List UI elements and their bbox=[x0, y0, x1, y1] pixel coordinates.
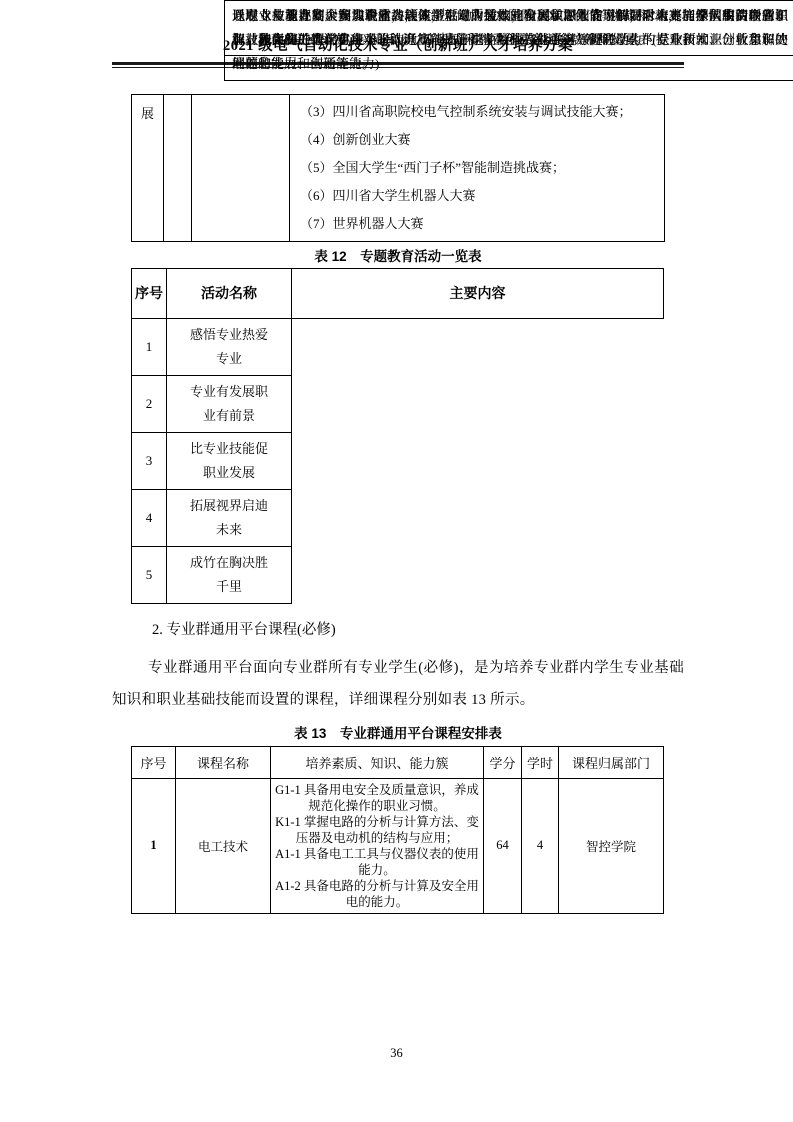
competition-item: （3）四川省高职院校电气控制系统安装与调试技能大赛； bbox=[300, 98, 658, 126]
t13-row-abilities: G1-1 具备用电安全及质量意识，养成规范化操作的职业习惯。 K1-1 掌握电路… bbox=[271, 778, 484, 913]
t12-row-name: 比专业技能促职业发展 bbox=[167, 432, 292, 489]
t12-row-no: 3 bbox=[132, 432, 167, 489]
t12-row-no: 2 bbox=[132, 375, 167, 432]
t13-row-no: 1 bbox=[132, 778, 176, 913]
competition-item: （7）世界机器人大赛 bbox=[300, 210, 658, 238]
activity-name: 专业有发展职业有前景 bbox=[189, 380, 269, 428]
section-heading: 2. 专业群通用平台课程(必修) bbox=[152, 618, 684, 639]
table-header-row: 序号 课程名称 培养素质、知识、能力簇 学分 学时 课程归属部门 bbox=[132, 746, 664, 778]
table13-caption: 表 13 专业群通用平台课程安排表 bbox=[112, 722, 684, 742]
continuation-content-cell: （3）四川省高职院校电气控制系统安装与调试技能大赛； （4）创新创业大赛 （5）… bbox=[290, 94, 665, 241]
t13-row-department: 智控学院 bbox=[559, 778, 664, 913]
t12-row-name: 成竹在胸决胜千里 bbox=[167, 546, 292, 603]
continuation-col1: 展 bbox=[132, 94, 164, 241]
t13-row-hours: 4 bbox=[522, 778, 559, 913]
competition-item: （4）创新创业大赛 bbox=[300, 126, 658, 154]
t13-header-department: 课程归属部门 bbox=[559, 746, 664, 778]
t12-header-no: 序号 bbox=[132, 268, 167, 318]
t13-row-credits: 64 bbox=[484, 778, 522, 913]
table-row: 3 比专业技能促职业发展 以职业技能比赛、参加职业技能证书取证为载体，全国或四川… bbox=[132, 432, 664, 489]
table-12: 序号 活动名称 主要内容 1 感悟专业热爱专业 开展专业教育和企业参观活动，使新… bbox=[131, 268, 664, 604]
t13-header-credits: 学分 bbox=[484, 746, 522, 778]
t13-header-hours: 学时 bbox=[522, 746, 559, 778]
continuation-col3 bbox=[192, 94, 290, 241]
ability-item: K1-1 掌握电路的分析与计算方法、变压器及电动机的结构与应用； bbox=[273, 814, 481, 846]
continuation-col2 bbox=[164, 94, 192, 241]
ability-item: G1-1 具备用电安全及质量意识，养成规范化操作的职业习惯。 bbox=[273, 782, 481, 814]
t12-row-name: 感悟专业热爱专业 bbox=[167, 318, 292, 375]
continuation-table: 展 （3）四川省高职院校电气控制系统安装与调试技能大赛； （4）创新创业大赛 （… bbox=[131, 94, 665, 242]
competition-item: （5）全国大学生“西门子杯”智能制造挑战赛； bbox=[300, 154, 658, 182]
table-row: 4 拓展视界启迪未来 通过 XX 承办的全国或全省各项大型活动、XX 国际 XX… bbox=[132, 489, 664, 546]
page-number: 36 bbox=[0, 1046, 793, 1061]
t12-row-content: 以职业生涯规划大赛为载体，培养学生的沟通技能和科学思维能力的同时培养同学们的责任… bbox=[224, 0, 793, 56]
table-row: 2 专业有发展职业有前景 以专业与职业发展知识讲座为载体，对专业技术的发展和职业… bbox=[132, 375, 664, 432]
table-row: 展 （3）四川省高职院校电气控制系统安装与调试技能大赛； （4）创新创业大赛 （… bbox=[132, 94, 665, 241]
t12-row-no: 1 bbox=[132, 318, 167, 375]
table-header-row: 序号 活动名称 主要内容 bbox=[132, 268, 664, 318]
activity-name: 比专业技能促职业发展 bbox=[189, 437, 269, 485]
t12-row-no: 4 bbox=[132, 489, 167, 546]
page-content: 2021 级电气自动化技术专业（创新班）人才培养方案 展 （3）四川省高职院校电… bbox=[112, 0, 684, 914]
body-paragraph: 专业群通用平台面向专业群所有专业学生(必修)，是为培养专业群内学生专业基础知识和… bbox=[112, 652, 684, 716]
ability-item: A1-1 具备电工工具与仪器仪表的使用能力。 bbox=[273, 846, 481, 878]
table12-caption: 表 12 专题教育活动一览表 bbox=[112, 245, 684, 265]
activity-name: 感悟专业热爱专业 bbox=[189, 323, 269, 371]
t12-row-name: 专业有发展职业有前景 bbox=[167, 375, 292, 432]
document-page: 2021 级电气自动化技术专业（创新班）人才培养方案 展 （3）四川省高职院校电… bbox=[0, 0, 793, 1122]
t12-row-no: 5 bbox=[132, 546, 167, 603]
t13-row-course: 电工技术 bbox=[176, 778, 271, 913]
ability-item: A1-2 具备电路的分析与计算及安全用电的能力。 bbox=[273, 878, 481, 910]
t13-header-course: 课程名称 bbox=[176, 746, 271, 778]
table-row: 1 电工技术 G1-1 具备用电安全及质量意识，养成规范化操作的职业习惯。 K1… bbox=[132, 778, 664, 913]
table-row: 5 成竹在胸决胜千里 以职业生涯规划大赛为载体，培养学生的沟通技能和科学思维能力… bbox=[132, 546, 664, 603]
t13-header-no: 序号 bbox=[132, 746, 176, 778]
table-row: 1 感悟专业热爱专业 开展专业教育和企业参观活动，使新生对所学专业有更加深入的了… bbox=[132, 318, 664, 375]
t12-header-content: 主要内容 bbox=[292, 268, 664, 318]
competition-item: （6）四川省大学生机器人大赛 bbox=[300, 182, 658, 210]
t13-header-abilities: 培养素质、知识、能力簇 bbox=[271, 746, 484, 778]
activity-name: 拓展视界启迪未来 bbox=[189, 494, 269, 542]
table-13: 序号 课程名称 培养素质、知识、能力簇 学分 学时 课程归属部门 1 电工技术 … bbox=[131, 746, 664, 914]
t12-row-name: 拓展视界启迪未来 bbox=[167, 489, 292, 546]
activity-name: 成竹在胸决胜千里 bbox=[189, 551, 269, 599]
t12-header-name: 活动名称 bbox=[167, 268, 292, 318]
